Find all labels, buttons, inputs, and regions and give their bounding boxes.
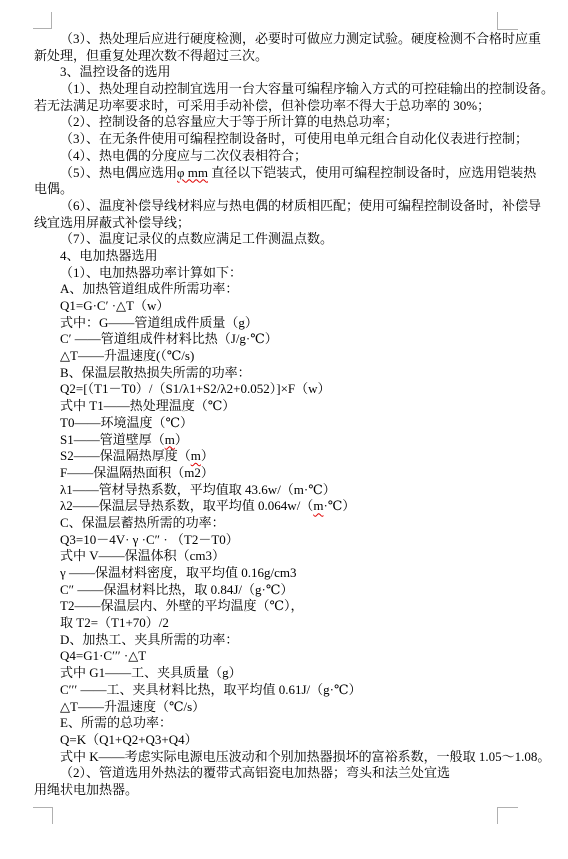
spellcheck-flagged-text: φ mm <box>177 165 208 180</box>
line-text: （2）、管道选用外热法的覆带式高铝瓷电加热器；弯头和法兰处宜选 <box>60 765 450 780</box>
text-line: 新处理，但重复处理次数不得超过三次。 <box>34 48 559 65</box>
line-text: λ1——管材导热系数，平均值取 43.6w/（m·℃） <box>60 482 336 497</box>
line-text: C、保温层蓄热所需的功率： <box>60 515 225 530</box>
line-text: △T——升温速度（℃/s） <box>60 699 205 714</box>
line-text: Q=K（Q1+Q2+Q3+Q4） <box>60 732 198 747</box>
line-text: S2——保温隔热厚度（ <box>60 448 191 463</box>
text-line: γ ——保温材料密度，取平均值 0.16g/cm3 <box>34 565 559 582</box>
spellcheck-flagged-text: m <box>165 432 175 447</box>
text-line: A、加热管道组成件所需功率： <box>34 281 559 298</box>
line-text: （4）、热电偶的分度应与二次仪表相符合； <box>60 148 307 163</box>
line-text: 3、温控设备的选用 <box>60 64 171 79</box>
spellcheck-flagged-text: m <box>313 498 323 513</box>
line-text: （1）、电加热器功率计算如下： <box>60 265 242 280</box>
text-line: E、所需的总功率： <box>34 715 559 732</box>
line-text: △T——升温速度(（℃/s) <box>60 348 194 363</box>
line-text: λ2——保温层导热系数，取平均值 0.064w/（ <box>60 498 313 513</box>
text-line: （2）、控制设备的总容量应大于等于所计算的电热总功率； <box>34 114 559 131</box>
text-line: 线宜选用屏蔽式补偿导线； <box>34 215 559 232</box>
text-line: 式中 T1——热处理温度（℃） <box>34 398 559 415</box>
line-text: T0——环境温度（℃） <box>60 415 193 430</box>
line-text: 式中 V——保温体积（cm3） <box>60 548 225 563</box>
line-text: 用绳状电加热器。 <box>34 782 138 797</box>
line-text: 线宜选用屏蔽式补偿导线； <box>34 215 190 230</box>
line-text: （1）、热处理自动控制宜选用一台大容量可编程序输入方式的可控硅输出的控制设备。 <box>60 81 554 96</box>
document-lines: （3）、热处理后应进行硬度检测，必要时可做应力测定试验。硬度检测不合格时应重新处… <box>34 31 559 799</box>
text-line: 取 T2=（T1+70）/2 <box>34 615 559 632</box>
crop-mark-top-left <box>33 12 52 29</box>
line-text: 新处理，但重复处理次数不得超过三次。 <box>34 48 268 63</box>
text-line: （3）、在无条件使用可编程控制设备时，可使用电单元组合自动化仪表进行控制； <box>34 131 559 148</box>
line-text: （7）、温度记录仪的点数应满足工件测温点数。 <box>60 231 333 246</box>
line-text: （3）、在无条件使用可编程控制设备时，可使用电单元组合自动化仪表进行控制； <box>60 131 528 146</box>
line-text: 取 T2=（T1+70）/2 <box>60 615 169 630</box>
line-text: ·℃） <box>323 498 355 513</box>
line-text: B、保温层散热损失所需的功率： <box>60 365 251 380</box>
text-line: 式中 G1——工、夹具质量（g） <box>34 665 559 682</box>
text-line: 若无法满足功率要求时，可采用手动补偿，但补偿功率不得大于总功率的 30%； <box>34 98 559 115</box>
line-text: 电偶。 <box>34 181 73 196</box>
line-text: Q4=G1·C′′′ ·△T <box>60 648 146 663</box>
text-line: S2——保温隔热厚度（m） <box>34 448 559 465</box>
text-line: C″ ——保温材料比热，取 0.84J/（g·℃） <box>34 582 559 599</box>
line-text: 式中 T1——热处理温度（℃） <box>60 398 235 413</box>
line-text: Q2=[（T1－T0）/（S1/λ1+S2/λ2+0.052）]×F（w） <box>60 381 331 396</box>
line-text: S1——管道壁厚（ <box>60 432 165 447</box>
crop-mark-bottom-right <box>497 807 518 824</box>
text-line: 用绳状电加热器。 <box>34 782 559 799</box>
text-line: （2）、管道选用外热法的覆带式高铝瓷电加热器；弯头和法兰处宜选 <box>34 765 559 782</box>
line-text: （5）、热电偶应选用 <box>60 165 177 180</box>
line-text: Q1=G·C′ ·△T（w） <box>60 298 169 313</box>
text-line: C、保温层蓄热所需的功率： <box>34 515 559 532</box>
line-text: 式中：G——管道组成件质量（g） <box>60 315 258 330</box>
text-line: 式中 V——保温体积（cm3） <box>34 548 559 565</box>
line-text: ） <box>175 432 188 447</box>
spellcheck-flagged-text: m <box>191 448 201 463</box>
text-line: 3、温控设备的选用 <box>34 64 559 81</box>
text-line: △T——升温速度（℃/s） <box>34 699 559 716</box>
text-line: （4）、热电偶的分度应与二次仪表相符合； <box>34 148 559 165</box>
text-line: S1——管道壁厚（m） <box>34 432 559 449</box>
text-line: （1）、电加热器功率计算如下： <box>34 265 559 282</box>
crop-mark-top-right <box>497 12 518 30</box>
text-line: F——保温隔热面积（m2） <box>34 465 559 482</box>
line-text: D、加热工、夹具所需的功率： <box>60 632 238 647</box>
document-page: （3）、热处理后应进行硬度检测，必要时可做应力测定试验。硬度检测不合格时应重新处… <box>0 0 568 859</box>
text-line: Q=K（Q1+Q2+Q3+Q4） <box>34 732 559 749</box>
line-text: ） <box>201 448 214 463</box>
line-text: Q3=10－4V· γ ·C″ · （T2－T0） <box>60 532 239 547</box>
text-line: Q3=10－4V· γ ·C″ · （T2－T0） <box>34 532 559 549</box>
line-text: A、加热管道组成件所需功率： <box>60 281 238 296</box>
text-line: 电偶。 <box>34 181 559 198</box>
text-line: Q1=G·C′ ·△T（w） <box>34 298 559 315</box>
line-text: 4、电加热器选用 <box>60 248 158 263</box>
line-text: F——保温隔热面积（m2） <box>60 465 214 480</box>
line-text: γ ——保温材料密度，取平均值 0.16g/cm3 <box>60 565 297 580</box>
line-text: 直径以下铠装式，使用可编程控制设备时，应选用铠装热 <box>208 165 536 180</box>
text-line: C′ ——管道组成件材料比热（J/g·℃） <box>34 331 559 348</box>
line-text: 式中 K——考虑实际电源电压波动和个别加热器损坏的富裕系数，一般取 1.05～1… <box>60 749 550 764</box>
line-text: （2）、控制设备的总容量应大于等于所计算的电热总功率； <box>60 114 398 129</box>
text-line: Q2=[（T1－T0）/（S1/λ1+S2/λ2+0.052）]×F（w） <box>34 381 559 398</box>
crop-mark-bottom-left <box>33 807 53 824</box>
line-text: C″ ——保温材料比热，取 0.84J/（g·℃） <box>60 582 293 597</box>
text-line: （6）、温度补偿导线材料应与热电偶的材质相匹配；使用可编程控制设备时，补偿导 <box>34 198 559 215</box>
text-line: 4、电加热器选用 <box>34 248 559 265</box>
text-line: （3）、热处理后应进行硬度检测，必要时可做应力测定试验。硬度检测不合格时应重 <box>34 31 559 48</box>
text-line: （1）、热处理自动控制宜选用一台大容量可编程序输入方式的可控硅输出的控制设备。 <box>34 81 559 98</box>
text-line: 式中 K——考虑实际电源电压波动和个别加热器损坏的富裕系数，一般取 1.05～1… <box>34 749 559 766</box>
text-line: B、保温层散热损失所需的功率： <box>34 365 559 382</box>
line-text: E、所需的总功率： <box>60 715 172 730</box>
line-text: 式中 G1——工、夹具质量（g） <box>60 665 242 680</box>
text-line: T2——保温层内、外壁的平均温度（℃）， <box>34 598 559 615</box>
line-text: C′ ——管道组成件材料比热（J/g·℃） <box>60 331 278 346</box>
text-line: λ2——保温层导热系数，取平均值 0.064w/（m·℃） <box>34 498 559 515</box>
line-text: （3）、热处理后应进行硬度检测，必要时可做应力测定试验。硬度检测不合格时应重 <box>60 31 541 46</box>
line-text: T2——保温层内、外壁的平均温度（℃）， <box>60 598 303 613</box>
text-line: T0——环境温度（℃） <box>34 415 559 432</box>
text-line: Q4=G1·C′′′ ·△T <box>34 648 559 665</box>
line-text: C′′′ ——工、夹具材料比热，取平均值 0.61J/（g·℃） <box>60 682 362 697</box>
line-text: （6）、温度补偿导线材料应与热电偶的材质相匹配；使用可编程控制设备时，补偿导 <box>60 198 541 213</box>
text-line: （7）、温度记录仪的点数应满足工件测温点数。 <box>34 231 559 248</box>
text-line: （5）、热电偶应选用φ mm 直径以下铠装式，使用可编程控制设备时，应选用铠装热 <box>34 165 559 182</box>
text-line: λ1——管材导热系数，平均值取 43.6w/（m·℃） <box>34 482 559 499</box>
text-line: △T——升温速度(（℃/s) <box>34 348 559 365</box>
text-line: 式中：G——管道组成件质量（g） <box>34 315 559 332</box>
text-line: C′′′ ——工、夹具材料比热，取平均值 0.61J/（g·℃） <box>34 682 559 699</box>
line-text: 若无法满足功率要求时，可采用手动补偿，但补偿功率不得大于总功率的 30%； <box>34 98 490 113</box>
text-line: D、加热工、夹具所需的功率： <box>34 632 559 649</box>
